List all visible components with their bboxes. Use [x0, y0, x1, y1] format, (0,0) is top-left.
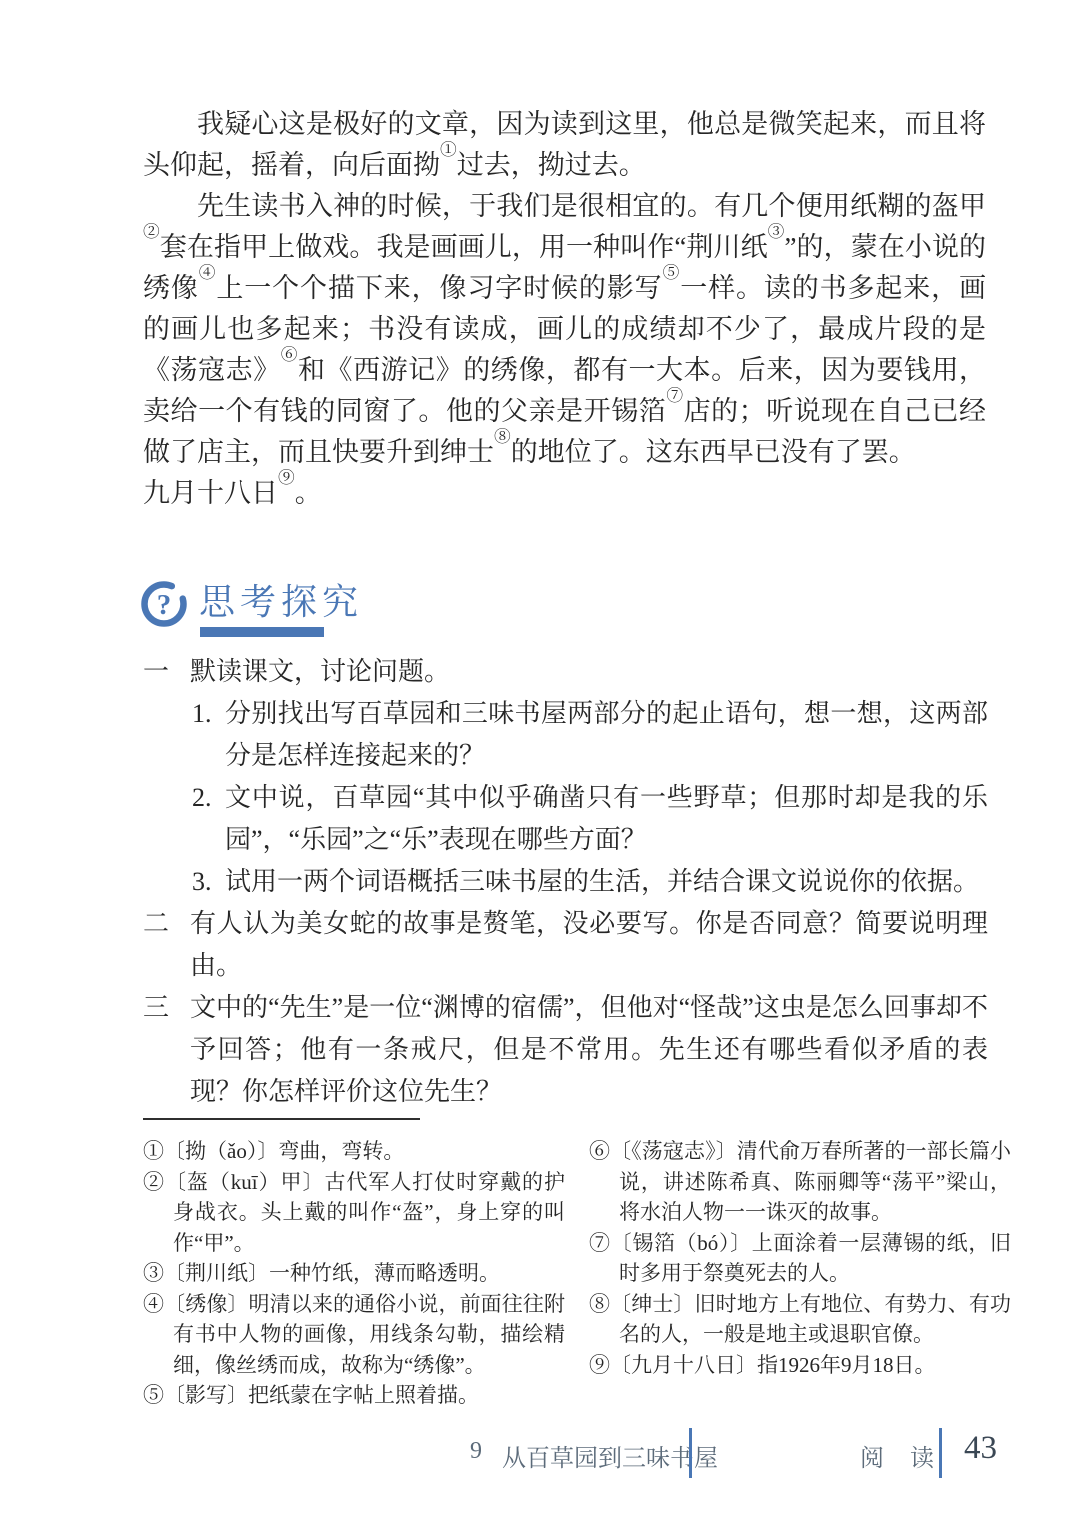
question-marker: 一 [143, 651, 190, 693]
lesson-title: 从百草园到三味书屋 [502, 1438, 718, 1473]
footnote-entry: ④〔绣像〕明清以来的通俗小说，前面往往附有书中人物的画像，用线条勾勒，描绘精细，… [143, 1289, 565, 1381]
footnote-entry: ⑨〔九月十八日〕指1926年9月18日。 [589, 1350, 1011, 1381]
question-body: 文中的“先生”是一位“渊博的宿儒”，但他对“怪哉”这虫是怎么回事却不予回答；他有… [190, 987, 988, 1113]
lesson-reference: 9 从百草园到三味书屋 [470, 1438, 718, 1473]
footnotes: ①〔拗（ǎo）〕弯曲，弯转。 ②〔盔（kuī）甲〕古代军人打仗时穿戴的护身战衣。… [143, 1136, 1011, 1411]
explore-title-underline [200, 627, 324, 637]
footer-divider-bar [689, 1428, 692, 1478]
subquestion-item: 2. 文中说，百草园“其中似乎确凿只有一些野草；但那时却是我的乐园”，“乐园”之… [192, 777, 988, 861]
subquestion-item: 1. 分别找出写百草园和三味书屋两部分的起止语句，想一想，这两部分是怎样连接起来… [192, 693, 988, 777]
page-number: 43 [964, 1430, 997, 1467]
footnotes-divider [143, 1118, 420, 1120]
footnote-entry: ⑤〔影写〕把纸蒙在字帖上照着描。 [143, 1380, 565, 1411]
question-marker: 二 [143, 903, 190, 945]
footnote-entry: ⑧〔绅士〕旧时地方上有地位、有势力、有功名的人，一般是地主或退职官僚。 [589, 1289, 1011, 1350]
footnote-entry: ⑥〔《荡寇志》〕清代俞万春所著的一部长篇小说，讲述陈希真、陈丽卿等“荡平”梁山，… [589, 1136, 1011, 1228]
question-mark-circle-icon: ? [139, 578, 189, 630]
subquestion-number: 1. [192, 693, 225, 735]
textbook-page: 我疑心这是极好的文章，因为读到这里，他总是微笑起来，而且将头仰起，摇着，向后面拗… [0, 0, 1080, 1526]
paragraph: 先生读书入神的时候，于我们是很相宜的。有几个便用纸糊的盔甲②套在指甲上做戏。我是… [143, 186, 986, 473]
footnote-entry: ⑦〔锡箔（bó）〕上面涂着一层薄锡的纸，旧时多用于祭奠死去的人。 [589, 1228, 1011, 1289]
question-item: 二 有人认为美女蛇的故事是赘笔，没必要写。你是否同意？简要说明理由。 [143, 903, 988, 987]
question-marker: 三 [143, 987, 190, 1029]
footnotes-right-column: ⑥〔《荡寇志》〕清代俞万春所著的一部长篇小说，讲述陈希真、陈丽卿等“荡平”梁山，… [589, 1136, 1011, 1411]
explore-section-header: ? 思考探究 [139, 578, 363, 630]
question-item: 三 文中的“先生”是一位“渊博的宿儒”，但他对“怪哉”这虫是怎么回事却不予回答；… [143, 987, 988, 1113]
paragraph: 我疑心这是极好的文章，因为读到这里，他总是微笑起来，而且将头仰起，摇着，向后面拗… [143, 104, 986, 186]
question-text: 文中的“先生”是一位“渊博的宿儒”，但他对“怪哉”这虫是怎么回事却不予回答；他有… [190, 987, 988, 1113]
page-footer: 9 从百草园到三味书屋 阅 读 43 [0, 1428, 1080, 1484]
body-text: 我疑心这是极好的文章，因为读到这里，他总是微笑起来，而且将头仰起，摇着，向后面拗… [143, 104, 986, 514]
footnote-entry: ①〔拗（ǎo）〕弯曲，弯转。 [143, 1136, 565, 1167]
subquestion-text: 文中说，百草园“其中似乎确凿只有一些野草；但那时却是我的乐园”，“乐园”之“乐”… [225, 777, 988, 861]
lesson-number: 9 [470, 1438, 482, 1473]
footnotes-left-column: ①〔拗（ǎo）〕弯曲，弯转。 ②〔盔（kuī）甲〕古代军人打仗时穿戴的护身战衣。… [143, 1136, 565, 1411]
question-body: 默读课文，讨论问题。 1. 分别找出写百草园和三味书屋两部分的起止语句，想一想，… [190, 651, 988, 903]
question-text: 有人认为美女蛇的故事是赘笔，没必要写。你是否同意？简要说明理由。 [190, 903, 988, 987]
footnote-entry: ②〔盔（kuī）甲〕古代军人打仗时穿戴的护身战衣。头上戴的叫作“盔”，身上穿的叫… [143, 1167, 565, 1259]
questions-list: 一 默读课文，讨论问题。 1. 分别找出写百草园和三味书屋两部分的起止语句，想一… [143, 651, 988, 1113]
question-body: 有人认为美女蛇的故事是赘笔，没必要写。你是否同意？简要说明理由。 [190, 903, 988, 987]
subquestion-text: 分别找出写百草园和三味书屋两部分的起止语句，想一想，这两部分是怎样连接起来的？ [225, 693, 988, 777]
subquestion-item: 3. 试用一两个词语概括三味书屋的生活，并结合课文说说你的依据。 [192, 861, 988, 903]
footer-divider-bar [939, 1428, 942, 1478]
date-line: 九月十八日⑨。 [143, 473, 986, 514]
question-text: 默读课文，讨论问题。 [190, 651, 988, 693]
footnote-entry: ③〔荆川纸〕一种竹纸，薄而略透明。 [143, 1258, 565, 1289]
subquestion-number: 3. [192, 861, 225, 903]
explore-title: 思考探究 [199, 578, 363, 626]
question-mark-glyph: ? [157, 589, 172, 621]
section-label: 阅 读 [860, 1438, 944, 1473]
subquestion-text: 试用一两个词语概括三味书屋的生活，并结合课文说说你的依据。 [225, 861, 988, 903]
question-item: 一 默读课文，讨论问题。 1. 分别找出写百草园和三味书屋两部分的起止语句，想一… [143, 651, 988, 903]
subquestion-number: 2. [192, 777, 225, 819]
